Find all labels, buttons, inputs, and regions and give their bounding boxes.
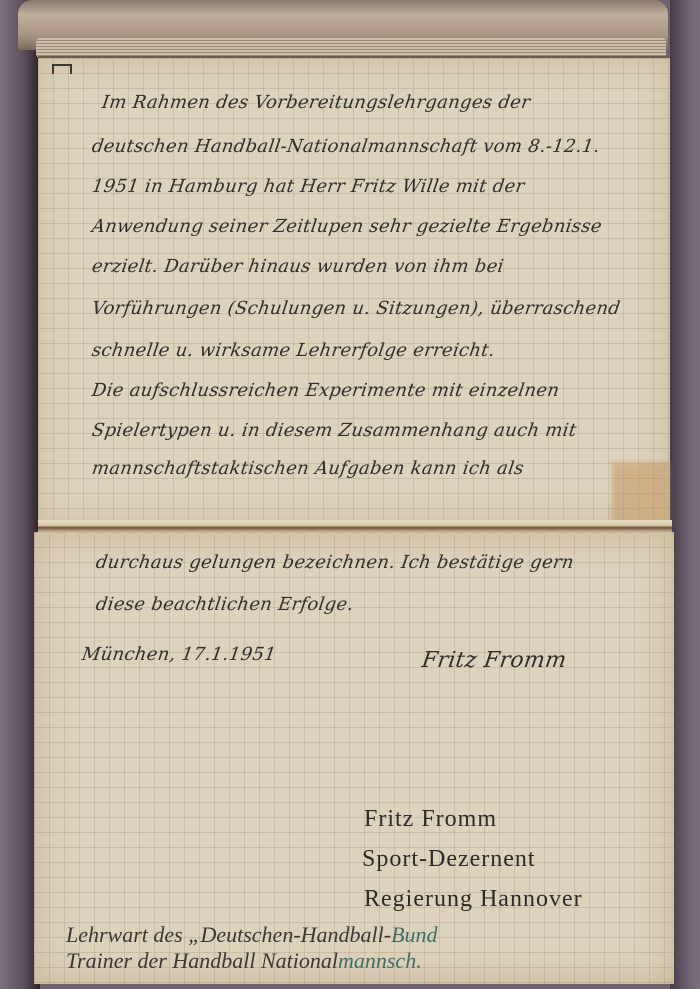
text-line: erzielt. Darüber hinaus wurden von ihm b… [91,256,506,277]
footer-text: Trainer der Handball National [66,948,338,973]
book-cover-right [670,0,700,989]
text-line: schnelle u. wirksame Lehrerfolge erreich… [91,340,497,361]
footer-line-1: Lehrwart des „Deutschen-Handball-Bund [66,922,438,948]
text-line: mannschaftstaktischen Aufgaben kann ich … [91,458,526,479]
upper-page [38,56,670,526]
text-line: deutschen Handball-Nationalmannschaft vo… [91,136,602,157]
text-line: Die aufschlussreichen Experimente mit ei… [91,380,561,401]
footer-line-2: Trainer der Handball Nationalmannsch. [66,948,422,974]
text-line: diese beachtlichen Erfolge. [95,594,355,615]
signatory-office: Regierung Hannover [364,886,583,913]
footer-accent: Bund [391,922,437,947]
text-line: durchaus gelungen bezeichnen. Ich bestät… [95,552,576,573]
text-line: Vorführungen (Schulungen u. Sitzungen), … [91,298,622,319]
text-line: Im Rahmen des Vorbereitungslehrganges de… [101,92,532,113]
footer-text: Lehrwart des „Deutschen-Handball- [66,922,391,947]
paper-stain [612,462,670,522]
signatory-title: Sport-Dezernent [362,846,536,873]
text-line: 1951 in Hamburg hat Herr Fritz Wille mit… [91,176,526,197]
signature: Fritz Fromm [420,648,568,673]
corner-mark [52,64,72,74]
footer-accent: mannsch. [338,948,422,973]
text-line: Anwendung seiner Zeitlupen sehr gezielte… [91,216,604,237]
signatory-name: Fritz Fromm [364,806,497,833]
place-date: München, 17.1.1951 [81,644,278,665]
page-stack-edges [36,38,666,58]
page-fold [38,520,672,534]
text-line: Spielertypen u. in diesem Zusammenhang a… [91,420,578,441]
